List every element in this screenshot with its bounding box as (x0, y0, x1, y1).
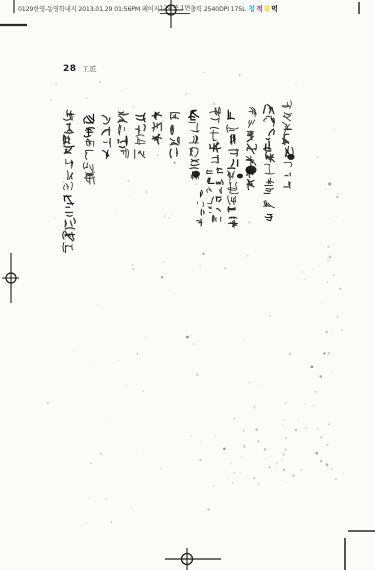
manuscript-column (189, 110, 199, 179)
scan-speckle (97, 127, 99, 129)
scan-speckle (145, 191, 147, 193)
scan-speckle (290, 119, 292, 121)
scan-speckle (199, 459, 201, 461)
scan-speckle (255, 428, 257, 430)
scan-speckle (328, 423, 330, 425)
scan-speckle (328, 182, 331, 185)
scan-speckle (313, 269, 314, 270)
scan-speckle (314, 391, 316, 393)
scan-speckle (99, 81, 101, 83)
scan-speckle (332, 130, 333, 131)
scan-speckle (245, 162, 246, 163)
scan-speckle (204, 72, 205, 73)
scan-speckle (326, 331, 328, 333)
scan-speckle (157, 154, 159, 156)
scan-speckle (257, 440, 259, 442)
scan-speckle (130, 506, 131, 507)
manuscript-column (135, 113, 146, 158)
scan-speckle (172, 214, 173, 215)
ink-blot (237, 174, 243, 179)
manuscript-column (210, 107, 221, 163)
scan-speckle (213, 485, 214, 486)
scan-speckle (85, 97, 87, 99)
scan-speckle (100, 453, 102, 455)
scan-speckle (115, 211, 116, 212)
scan-speckle (78, 67, 79, 68)
scan-speckle (242, 340, 244, 342)
scan-speckle (280, 480, 281, 481)
scan-speckle (295, 83, 297, 85)
manuscript-column (284, 162, 292, 188)
scan-speckle (320, 460, 322, 462)
scan-speckle (240, 472, 241, 473)
scan-speckle (328, 352, 331, 355)
ink-blot (287, 154, 294, 160)
scan-speckle (133, 268, 135, 270)
scan-speckle (304, 279, 305, 280)
scan-speckle (327, 259, 329, 261)
scan-speckle (283, 454, 285, 456)
scan-speckle (248, 381, 250, 383)
manuscript-column (152, 112, 161, 144)
scan-speckle (191, 335, 192, 336)
scan-speckle (241, 456, 242, 457)
scan-speckle (97, 304, 98, 305)
ink-blot (192, 171, 200, 177)
scan-speckle (215, 436, 216, 437)
manuscript-column (207, 170, 215, 222)
scan-speckle (125, 88, 126, 89)
scan-speckle (331, 371, 332, 372)
scan-speckle (341, 329, 343, 331)
scan-speckle (247, 255, 248, 256)
scan-speckle (276, 462, 278, 464)
scan-speckle (317, 428, 319, 430)
scan-speckle (266, 459, 268, 461)
scan-speckle (253, 477, 255, 479)
scan-speckle (201, 442, 202, 443)
manuscript-column (246, 107, 256, 189)
manuscript-column (197, 190, 204, 225)
scan-speckle (232, 482, 234, 484)
scan-speckle (269, 466, 271, 468)
ink-blot (246, 166, 257, 175)
manuscript-column (216, 168, 223, 221)
scan-speckle (224, 223, 225, 224)
manuscript-column (227, 110, 239, 227)
scan-speckle (321, 302, 323, 304)
scan-speckle (162, 120, 164, 122)
scan-speckle (283, 469, 285, 471)
scan-speckle (186, 336, 189, 339)
scan-speckle (88, 187, 89, 188)
scan-speckle (168, 217, 170, 219)
scan-speckle (224, 267, 226, 269)
scan-speckle (118, 360, 119, 361)
scan-speckle (253, 406, 256, 409)
scan-speckle (202, 253, 204, 255)
scan-speckle (335, 478, 337, 480)
scan-speckle (264, 448, 267, 451)
scan-speckle (269, 315, 271, 317)
scan-speckle (74, 351, 75, 352)
scan-speckle (268, 202, 269, 203)
scan-speckle (233, 472, 234, 473)
scan-speckle (110, 521, 112, 523)
scan-speckle (328, 246, 330, 248)
scan-speckle (229, 463, 231, 465)
scan-speckle (213, 103, 215, 105)
scan-speckle (93, 139, 95, 141)
scan-speckle (284, 402, 286, 404)
scan-speckle (161, 468, 162, 469)
scan-speckle (292, 474, 294, 476)
scan-speckle (248, 221, 250, 223)
scan-speckle (239, 74, 241, 76)
scan-speckle (74, 116, 75, 117)
scan-speckle (213, 514, 214, 515)
scan-speckle (329, 256, 332, 259)
scan-speckle (283, 424, 284, 425)
scan-speckle (90, 463, 92, 465)
scan-speckle (200, 265, 201, 266)
scan-speckle (335, 216, 336, 217)
scan-speckle (335, 130, 336, 131)
scan-speckle (143, 452, 144, 453)
scan-speckle (289, 353, 291, 355)
scan-speckle (326, 464, 329, 467)
scan-speckle (137, 353, 139, 355)
scan-speckle (337, 193, 339, 195)
scan-speckle (315, 452, 318, 455)
scan-speckle (320, 437, 322, 439)
scan-speckle (317, 156, 319, 158)
scan-speckle (260, 300, 261, 301)
manuscript-column (63, 110, 76, 252)
scanned-proof-page: 0129한영-동영학내지 2013.01.29 01:56PM 페이지 129 … (0, 0, 375, 570)
scan-speckle (193, 343, 195, 345)
scan-speckle (333, 274, 335, 276)
manuscript-column (282, 101, 293, 157)
scan-speckle (62, 181, 64, 183)
scan-speckle (251, 487, 252, 488)
scan-speckle (54, 218, 55, 219)
manuscript-column (170, 113, 180, 158)
scan-speckle (285, 437, 287, 439)
scan-speckle (223, 448, 226, 451)
scan-speckle (301, 469, 302, 470)
scan-speckle (305, 403, 306, 404)
scan-speckle (50, 99, 52, 101)
scan-speckle (283, 419, 285, 421)
manuscript-column (83, 114, 94, 184)
scan-speckle (332, 329, 333, 330)
scan-speckle (105, 498, 107, 500)
scan-speckle (298, 419, 299, 420)
scan-speckle (128, 180, 130, 182)
scan-speckle (196, 374, 198, 376)
scan-speckle (336, 196, 338, 198)
scan-speckle (233, 418, 235, 420)
scan-speckle (243, 445, 245, 447)
scan-speckle (161, 276, 163, 278)
scan-speckle (133, 106, 135, 108)
scan-speckle (285, 449, 287, 451)
scan-speckle (251, 344, 252, 345)
scan-speckle (196, 147, 198, 149)
scan-speckle (146, 337, 147, 338)
scan-speckle (311, 365, 314, 368)
scan-speckle (191, 436, 192, 437)
scan-speckle (196, 184, 198, 186)
scan-speckle (139, 118, 140, 119)
scan-speckle (174, 293, 175, 294)
scan-speckle (208, 508, 210, 510)
scan-speckle (174, 162, 176, 164)
scan-speckle (336, 316, 339, 319)
scan-speckle (85, 522, 86, 523)
scan-speckle (322, 435, 324, 437)
scan-speckle (295, 429, 297, 431)
scan-speckle (186, 93, 188, 95)
scan-speckle (305, 428, 306, 429)
scan-speckle (312, 405, 314, 407)
scan-speckle (130, 196, 131, 197)
scan-speckle (268, 85, 269, 86)
scan-speckle (287, 156, 288, 157)
scan-speckle (257, 385, 258, 386)
scan-speckle (343, 473, 344, 474)
scan-speckle (126, 385, 127, 386)
scan-speckle (326, 444, 328, 446)
manuscript-column (118, 112, 129, 158)
scan-speckle (303, 272, 304, 273)
scan-speckle (55, 83, 57, 85)
scan-speckle (228, 478, 229, 479)
scan-speckle (93, 364, 94, 365)
scan-speckle (218, 156, 219, 157)
scan-speckle (282, 460, 283, 461)
scan-speckle (89, 498, 90, 499)
scan-speckle (163, 215, 165, 217)
scan-speckle (243, 430, 245, 432)
scan-speckle (163, 261, 164, 262)
scan-speckle (339, 288, 341, 290)
scan-speckle (142, 390, 144, 392)
scan-speckle (47, 402, 49, 404)
manuscript-column (102, 115, 110, 158)
scan-speckle (331, 468, 332, 469)
scan-speckle (323, 352, 325, 354)
scan-speckle (258, 483, 260, 485)
scan-speckle (203, 142, 204, 143)
scan-speckle (239, 263, 240, 264)
manuscript-scan (0, 0, 375, 570)
scan-speckle (61, 232, 62, 233)
scan-speckle (106, 418, 107, 419)
scan-speckle (132, 188, 133, 189)
scan-speckle (319, 375, 322, 378)
scan-speckle (296, 377, 297, 378)
scan-speckle (131, 264, 133, 266)
scan-speckle (325, 188, 327, 190)
scan-speckle (326, 281, 328, 283)
